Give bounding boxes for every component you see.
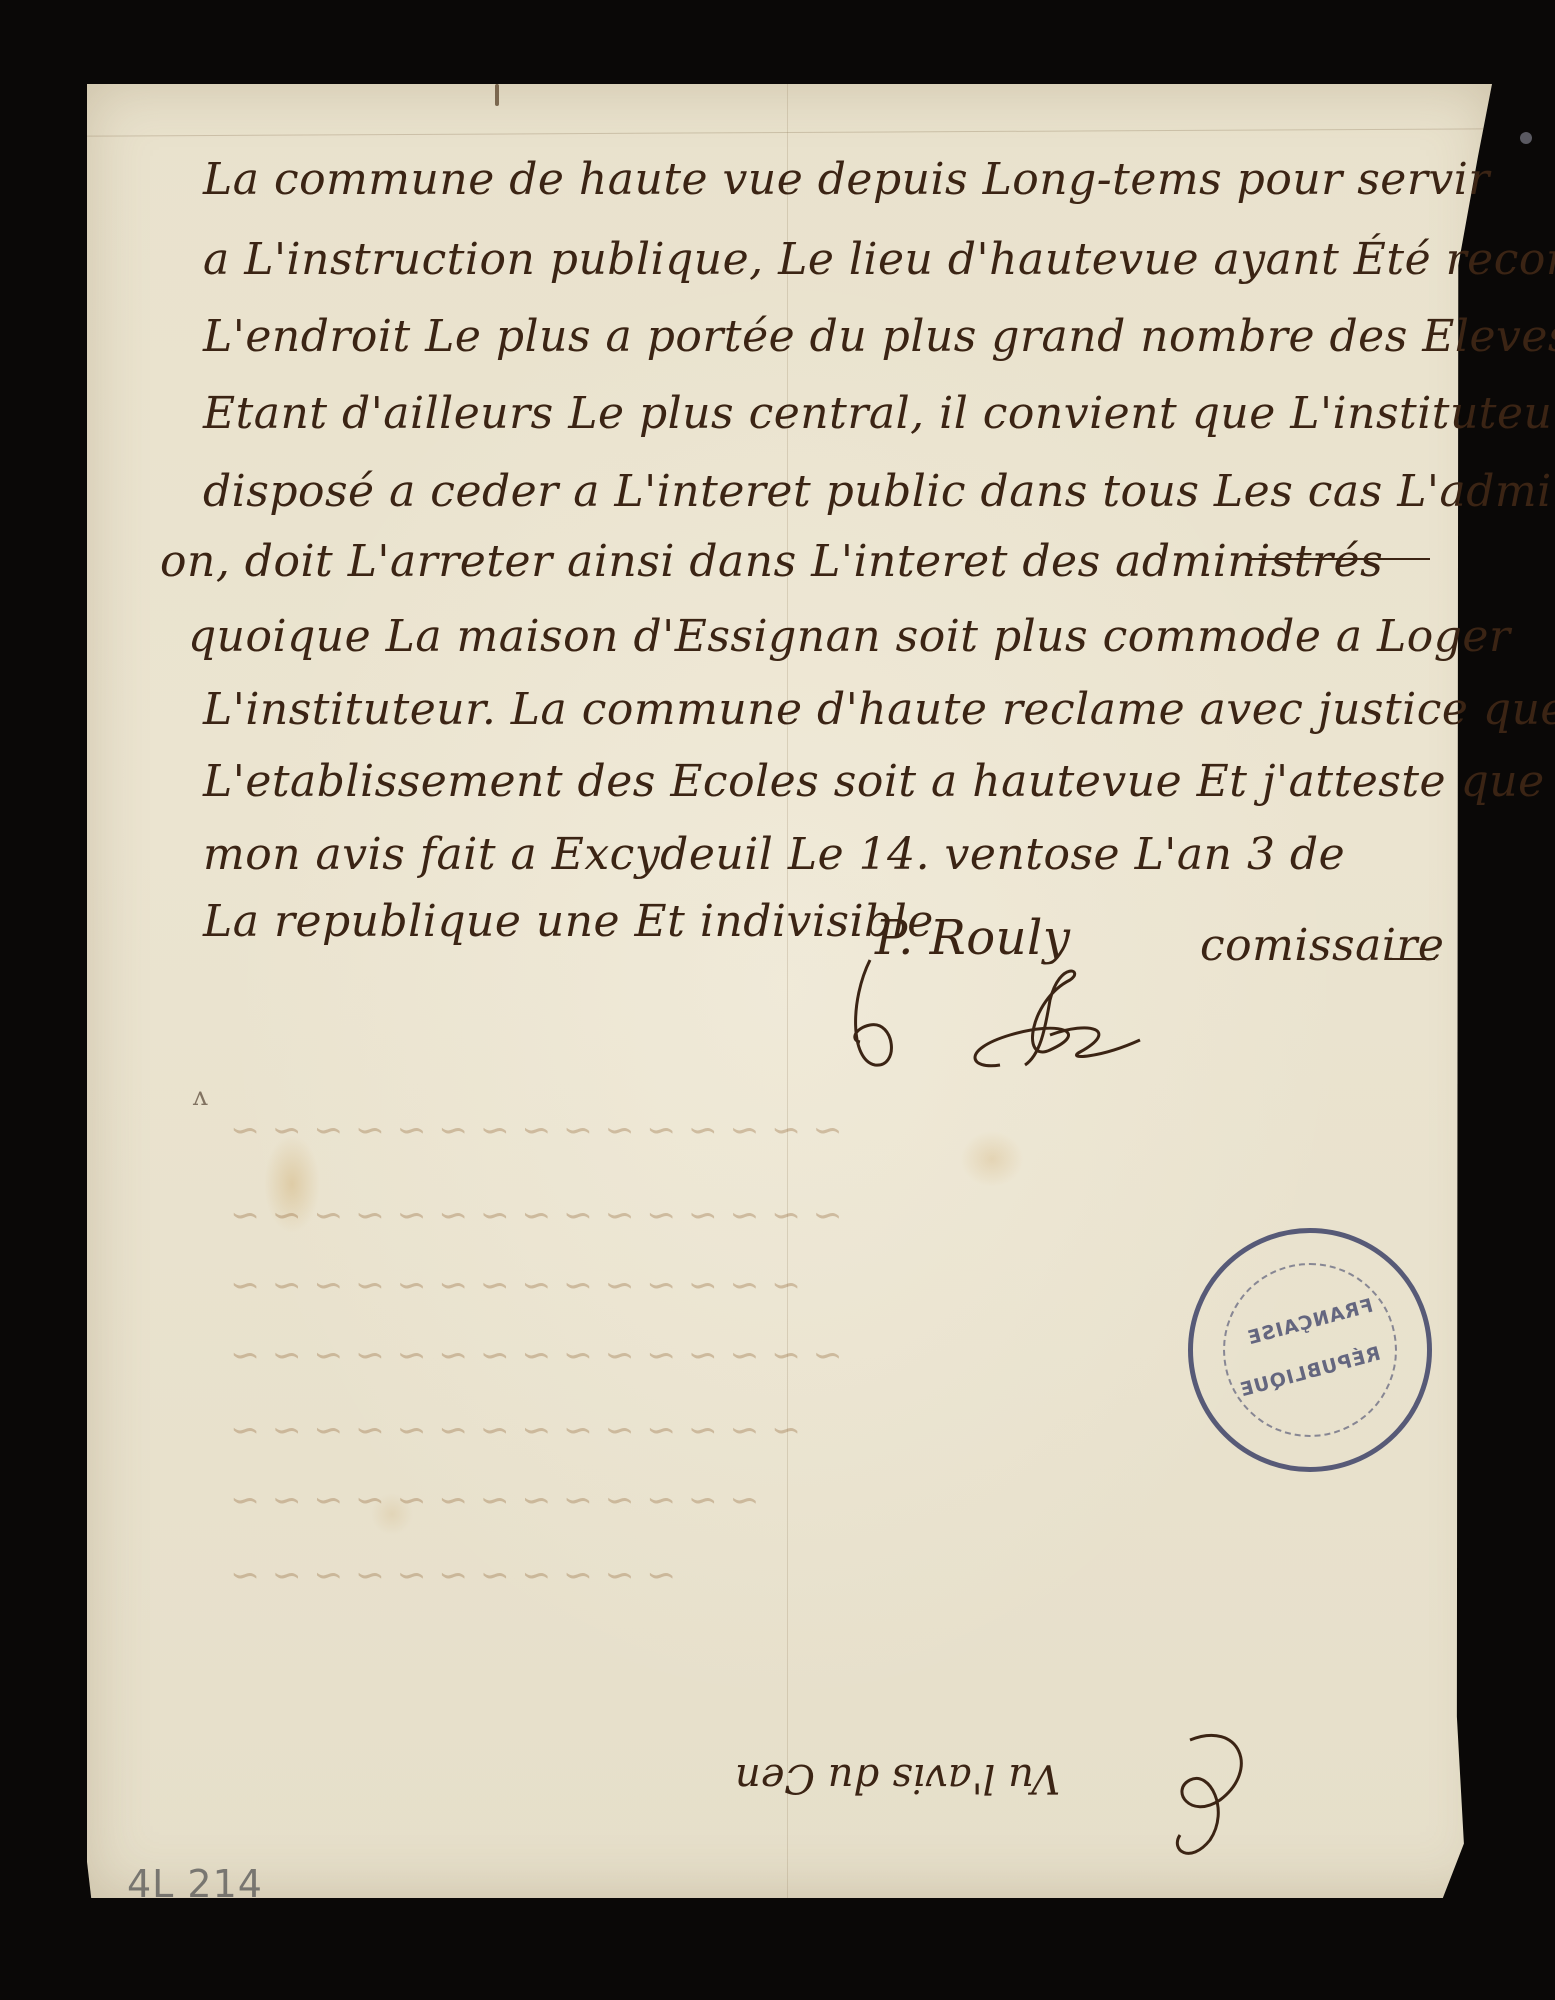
inverted-note: Vu l'avis du Cen <box>735 1755 1060 1801</box>
text-line-8: L'instituteur. La commune d'haute reclam… <box>203 688 1555 732</box>
signature-dash <box>1390 958 1435 960</box>
bleed-through-text: ~ ~ ~ ~ ~ ~ ~ ~ ~ ~ ~ ~ ~ ~ <box>230 1410 801 1451</box>
archive-stamp: FRANÇAISE RÉPUBLIQUE <box>1188 1228 1432 1472</box>
signature-flourish-icon <box>850 940 1210 1080</box>
bleed-through-text: ~ ~ ~ ~ ~ ~ ~ ~ ~ ~ ~ ~ ~ ~ ~ <box>230 1335 843 1376</box>
archive-number: 4L 214 <box>127 1862 263 1906</box>
text-line-7: quoique La maison d'Essignan soit plus c… <box>188 615 1511 659</box>
margin-scratch: ʌ <box>193 1082 208 1112</box>
ink-blot-mark <box>495 84 499 106</box>
document-scan: ~ ~ ~ ~ ~ ~ ~ ~ ~ ~ ~ ~ ~ ~ ~ ~ ~ ~ ~ ~ … <box>0 0 1555 2000</box>
text-line-2: a L'instruction publique, Le lieu d'haut… <box>203 238 1555 282</box>
text-line-9: L'etablissement des Ecoles soit a hautev… <box>203 760 1555 804</box>
bleed-through-text: ~ ~ ~ ~ ~ ~ ~ ~ ~ ~ ~ ~ ~ ~ <box>230 1265 801 1306</box>
text-line-5: disposé a ceder a L'interet public dans … <box>203 470 1555 514</box>
text-line-1: La commune de haute vue depuis Long-tems… <box>203 158 1490 202</box>
inverted-flourish-icon <box>1150 1720 1260 1870</box>
horizontal-crease <box>87 128 1492 136</box>
bleed-through-text: ~ ~ ~ ~ ~ ~ ~ ~ ~ ~ ~ <box>230 1555 676 1596</box>
signature-title: comissaire <box>1200 920 1444 971</box>
scanner-dot <box>1520 132 1532 144</box>
bleed-through-text: ~ ~ ~ ~ ~ ~ ~ ~ ~ ~ ~ ~ ~ <box>230 1480 759 1521</box>
text-line-6: on, doit L'arreter ainsi dans L'interet … <box>160 540 1383 584</box>
text-line-11: La republique une Et indivisible <box>203 900 934 944</box>
text-line-4: Etant d'ailleurs Le plus central, il con… <box>203 392 1555 436</box>
text-line-3: L'endroit Le plus a portée du plus grand… <box>203 315 1555 359</box>
line-end-dash <box>1250 558 1430 560</box>
bleed-through-text: ~ ~ ~ ~ ~ ~ ~ ~ ~ ~ ~ ~ ~ ~ ~ <box>230 1195 843 1236</box>
text-line-10: mon avis fait a Excydeuil Le 14. ventose… <box>203 833 1345 877</box>
bleed-through-text: ~ ~ ~ ~ ~ ~ ~ ~ ~ ~ ~ ~ ~ ~ ~ <box>230 1110 843 1151</box>
